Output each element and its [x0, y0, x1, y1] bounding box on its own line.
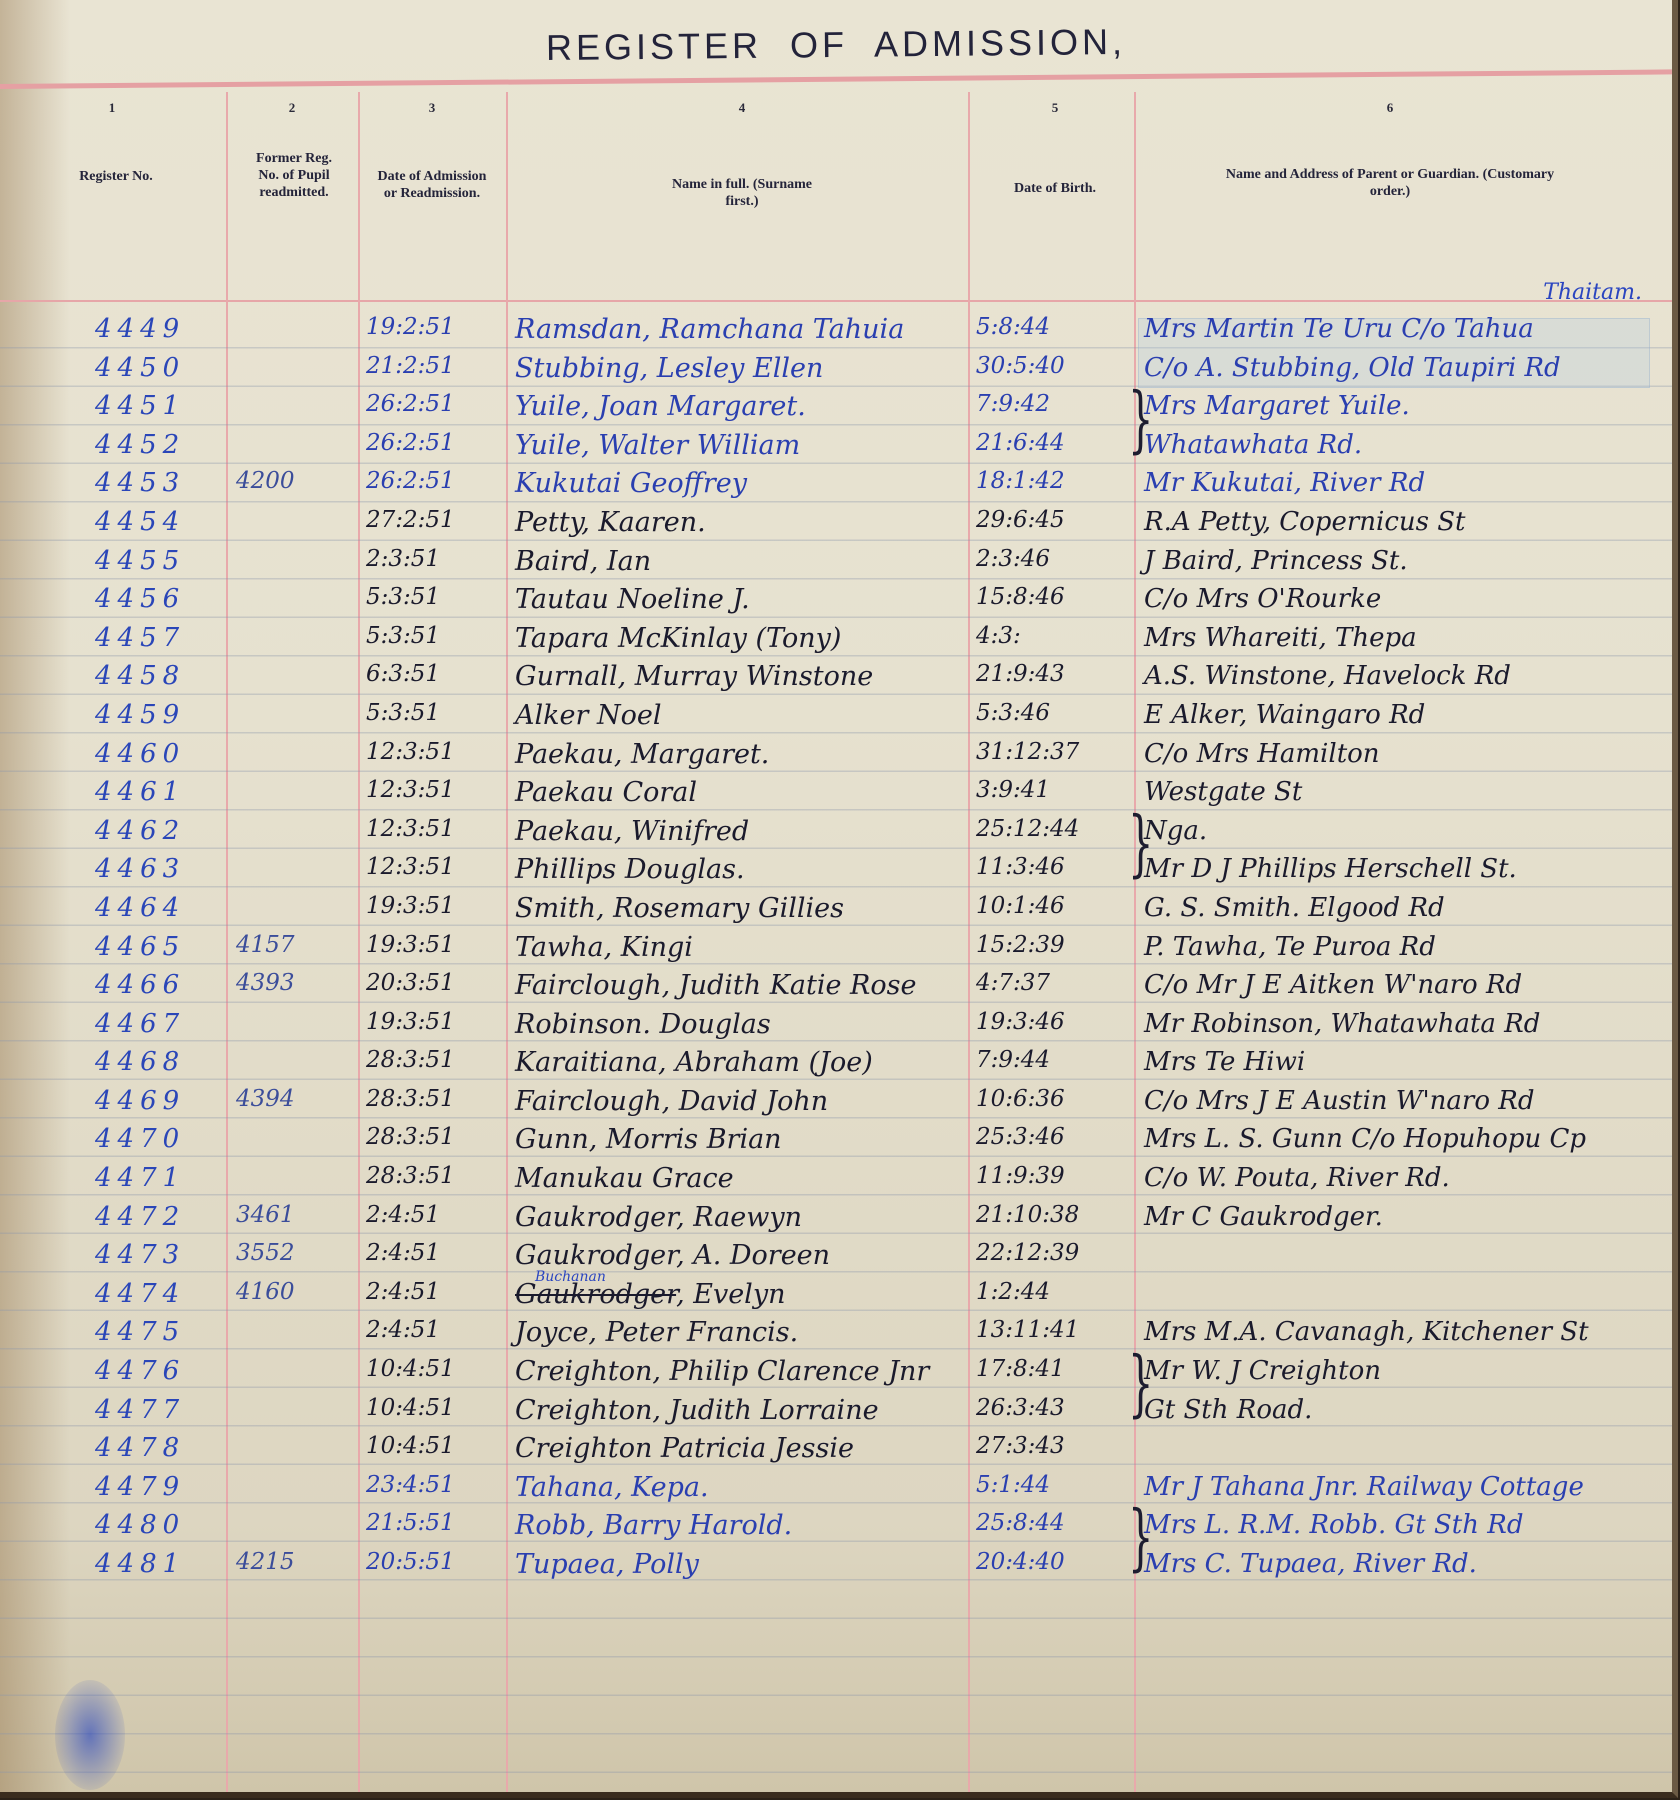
parent-guardian: Nga.: [1144, 816, 1664, 846]
admission-date: 12:3:51: [366, 816, 506, 842]
date-of-birth: 10:1:46: [976, 893, 1136, 919]
register-number: 4458: [95, 661, 230, 691]
admission-date: 20:3:51: [366, 970, 506, 996]
parent-guardian: Mrs L. S. Gunn C/o Hopuhopu Cp: [1144, 1124, 1664, 1154]
register-number: 4471: [95, 1163, 230, 1193]
date-of-birth: 30:5:40: [976, 353, 1136, 379]
admission-date: 21:5:51: [366, 1510, 506, 1536]
register-number: 4467: [95, 1009, 230, 1039]
former-register-number: 4200: [236, 468, 356, 494]
table-row: 4467 19:3:51 Robinson. Douglas 19:3:46 M…: [0, 1005, 1672, 1044]
former-register-number: 4160: [236, 1279, 356, 1305]
register-number: 4469: [95, 1086, 230, 1116]
table-row: 4449 19:2:51 Ramsdan, Ramchana Tahuia 5:…: [0, 310, 1672, 349]
parent-guardian: Whatawhata Rd.: [1144, 430, 1664, 460]
admission-date: 10:4:51: [366, 1433, 506, 1459]
register-number: 4473: [95, 1240, 230, 1270]
column-heading-register-no: Register No.: [71, 168, 161, 185]
admission-date: 28:3:51: [366, 1124, 506, 1150]
admission-date: 2:4:51: [366, 1279, 506, 1305]
table-row: 4471 28:3:51 Manukau Grace 11:9:39 C/o W…: [0, 1159, 1672, 1198]
bracket-mark: }: [1128, 384, 1153, 456]
parent-guardian: G. S. Smith. Elgood Rd: [1144, 893, 1664, 923]
admission-date: 5:3:51: [366, 623, 506, 649]
date-of-birth: 21:10:38: [976, 1202, 1136, 1228]
former-register-number: 3552: [236, 1240, 356, 1266]
bracket-mark: }: [1128, 1348, 1153, 1420]
pupil-name: Gaukrodger, EvelynBuchanan: [515, 1279, 975, 1310]
date-of-birth: 21:6:44: [976, 430, 1136, 456]
register-number: 4462: [95, 816, 230, 846]
date-of-birth: 7:9:42: [976, 391, 1136, 417]
parent-guardian: Mr J Tahana Jnr. Railway Cottage: [1144, 1472, 1664, 1502]
table-row: 4476 10:4:51 Creighton, Philip Clarence …: [0, 1352, 1672, 1391]
date-of-birth: 5:8:44: [976, 314, 1136, 340]
admission-date: 2:4:51: [366, 1240, 506, 1266]
corner-annotation: Thaitam.: [1543, 280, 1642, 305]
date-of-birth: 7:9:44: [976, 1047, 1136, 1073]
date-of-birth: 25:12:44: [976, 816, 1136, 842]
pupil-name: Gaukrodger, Raewyn: [515, 1202, 975, 1233]
column-number: 2: [277, 100, 307, 116]
admission-date: 2:3:51: [366, 546, 506, 572]
table-row: 4466 4393 20:3:51 Fairclough, Judith Kat…: [0, 966, 1672, 1005]
parent-guardian: Gt Sth Road.: [1144, 1395, 1664, 1425]
parent-guardian: Mr C Gaukrodger.: [1144, 1202, 1664, 1232]
table-row: 4468 28:3:51 Karaitiana, Abraham (Joe) 7…: [0, 1043, 1672, 1082]
pupil-name: Kukutai Geoffrey: [515, 468, 975, 499]
register-number: 4457: [95, 623, 230, 653]
date-of-birth: 25:8:44: [976, 1510, 1136, 1536]
column-heading-dob: Date of Birth.: [995, 180, 1115, 197]
former-register-number: 4394: [236, 1086, 356, 1112]
admission-date: 5:3:51: [366, 584, 506, 610]
admission-date: 26:2:51: [366, 430, 506, 456]
table-row: 4454 27:2:51 Petty, Kaaren. 29:6:45 R.A …: [0, 503, 1672, 542]
table-row: 4469 4394 28:3:51 Fairclough, David John…: [0, 1082, 1672, 1121]
date-of-birth: 11:9:39: [976, 1163, 1136, 1189]
admission-date: 20:5:51: [366, 1549, 506, 1575]
date-of-birth: 3:9:41: [976, 777, 1136, 803]
table-row: 4473 3552 2:4:51 Gaukrodger, A. Doreen 2…: [0, 1236, 1672, 1275]
register-number: 4480: [95, 1510, 230, 1540]
table-row: 4470 28:3:51 Gunn, Morris Brian 25:3:46 …: [0, 1120, 1672, 1159]
date-of-birth: 20:4:40: [976, 1549, 1136, 1575]
register-number: 4466: [95, 970, 230, 1000]
register-number: 4463: [95, 854, 230, 884]
register-number: 4479: [95, 1472, 230, 1502]
admission-date: 19:3:51: [366, 893, 506, 919]
parent-guardian: Westgate St: [1144, 777, 1664, 807]
parent-guardian: Mr D J Phillips Herschell St.: [1144, 854, 1664, 884]
table-row: 4475 2:4:51 Joyce, Peter Francis. 13:11:…: [0, 1313, 1672, 1352]
table-row: 4458 6:3:51 Gurnall, Murray Winstone 21:…: [0, 657, 1672, 696]
table-row: 4453 4200 26:2:51 Kukutai Geoffrey 18:1:…: [0, 464, 1672, 503]
parent-guardian: R.A Petty, Copernicus St: [1144, 507, 1664, 537]
former-register-number: 3461: [236, 1202, 356, 1228]
parent-guardian: Mrs Whareiti, Thepa: [1144, 623, 1664, 653]
admission-date: 27:2:51: [366, 507, 506, 533]
date-of-birth: 31:12:37: [976, 739, 1136, 765]
table-row: 4478 10:4:51 Creighton Patricia Jessie 2…: [0, 1429, 1672, 1468]
admission-date: 19:3:51: [366, 932, 506, 958]
date-of-birth: 25:3:46: [976, 1124, 1136, 1150]
header-rule: [0, 69, 1672, 89]
admission-date: 28:3:51: [366, 1163, 506, 1189]
parent-guardian: J Baird, Princess St.: [1144, 546, 1664, 576]
table-row: 4450 21:2:51 Stubbing, Lesley Ellen 30:5…: [0, 349, 1672, 388]
pupil-name: Petty, Kaaren.: [515, 507, 975, 538]
table-row: 4462 12:3:51 Paekau, Winifred 25:12:44 N…: [0, 812, 1672, 851]
pupil-name: Paekau, Margaret.: [515, 739, 975, 770]
date-of-birth: 21:9:43: [976, 661, 1136, 687]
register-number: 4475: [95, 1317, 230, 1347]
former-register-number: 4393: [236, 970, 356, 996]
parent-guardian: P. Tawha, Te Puroa Rd: [1144, 932, 1664, 962]
table-row: 4472 3461 2:4:51 Gaukrodger, Raewyn 21:1…: [0, 1198, 1672, 1237]
register-number: 4470: [95, 1124, 230, 1154]
register-number: 4478: [95, 1433, 230, 1463]
pupil-name: Smith, Rosemary Gillies: [515, 893, 975, 924]
register-number: 4450: [95, 353, 230, 383]
pupil-name: Paekau, Winifred: [515, 816, 975, 847]
admission-date: 10:4:51: [366, 1356, 506, 1382]
heading-rule: [0, 300, 1672, 302]
date-of-birth: 18:1:42: [976, 468, 1136, 494]
pupil-name: Baird, Ian: [515, 546, 975, 577]
table-row: 4461 12:3:51 Paekau Coral 3:9:41 Westgat…: [0, 773, 1672, 812]
table-row: 4456 5:3:51 Tautau Noeline J. 15:8:46 C/…: [0, 580, 1672, 619]
pupil-name: Yuile, Joan Margaret.: [515, 391, 975, 422]
date-of-birth: 13:11:41: [976, 1317, 1136, 1343]
date-of-birth: 29:6:45: [976, 507, 1136, 533]
date-of-birth: 4:3:: [976, 623, 1136, 649]
admission-date: 28:3:51: [366, 1086, 506, 1112]
date-of-birth: 5:1:44: [976, 1472, 1136, 1498]
table-row: 4452 26:2:51 Yuile, Walter William 21:6:…: [0, 426, 1672, 465]
date-of-birth: 2:3:46: [976, 546, 1136, 572]
register-number: 4465: [95, 932, 230, 962]
admission-date: 12:3:51: [366, 739, 506, 765]
parent-guardian: Mrs M.A. Cavanagh, Kitchener St: [1144, 1317, 1664, 1347]
column-number: 4: [727, 100, 757, 116]
date-of-birth: 22:12:39: [976, 1240, 1136, 1266]
register-number: 4468: [95, 1047, 230, 1077]
register-number: 4474: [95, 1279, 230, 1309]
pupil-name: Tupaea, Polly: [515, 1549, 975, 1580]
column-heading-admission-date: Date of Admission or Readmission.: [372, 168, 492, 202]
register-number: 4481: [95, 1549, 230, 1579]
admission-date: 10:4:51: [366, 1395, 506, 1421]
pupil-name: Fairclough, David John: [515, 1086, 975, 1117]
admission-date: 6:3:51: [366, 661, 506, 687]
table-row: 4463 12:3:51 Phillips Douglas. 11:3:46 M…: [0, 850, 1672, 889]
parent-guardian: A.S. Winstone, Havelock Rd: [1144, 661, 1664, 691]
table-row: 4459 5:3:51 Alker Noel 5:3:46 E Alker, W…: [0, 696, 1672, 735]
table-row: 4464 19:3:51 Smith, Rosemary Gillies 10:…: [0, 889, 1672, 928]
column-number: 6: [1375, 100, 1405, 116]
page-title: REGISTER OF ADMISSION,: [0, 15, 1672, 75]
column-number: 3: [417, 100, 447, 116]
table-row: 4455 2:3:51 Baird, Ian 2:3:46 J Baird, P…: [0, 542, 1672, 581]
admission-date: 2:4:51: [366, 1202, 506, 1228]
date-of-birth: 15:2:39: [976, 932, 1136, 958]
table-row: 4479 23:4:51 Tahana, Kepa. 5:1:44 Mr J T…: [0, 1468, 1672, 1507]
parent-guardian: C/o A. Stubbing, Old Taupiri Rd: [1144, 353, 1664, 383]
admission-date: 26:2:51: [366, 391, 506, 417]
pupil-name: Manukau Grace: [515, 1163, 975, 1194]
pupil-name: Joyce, Peter Francis.: [515, 1317, 975, 1348]
pupil-name: Yuile, Walter William: [515, 430, 975, 461]
table-row: 4477 10:4:51 Creighton, Judith Lorraine …: [0, 1391, 1672, 1430]
pupil-name: Paekau Coral: [515, 777, 975, 808]
date-of-birth: 17:8:41: [976, 1356, 1136, 1382]
pupil-name: Tautau Noeline J.: [515, 584, 975, 615]
table-row: 4474 4160 2:4:51 Gaukrodger, EvelynBucha…: [0, 1275, 1672, 1314]
parent-guardian: C/o Mr J E Aitken W'naro Rd: [1144, 970, 1664, 1000]
pupil-name: Gaukrodger, A. Doreen: [515, 1240, 975, 1271]
date-of-birth: 5:3:46: [976, 700, 1136, 726]
bracket-mark: }: [1128, 1502, 1153, 1574]
admission-date: 5:3:51: [366, 700, 506, 726]
register-number: 4451: [95, 391, 230, 421]
register-number: 4453: [95, 468, 230, 498]
column-heading-parent: Name and Address of Parent or Guardian. …: [1210, 166, 1570, 200]
admission-date: 26:2:51: [366, 468, 506, 494]
table-row: 4457 5:3:51 Tapara McKinlay (Tony) 4:3: …: [0, 619, 1672, 658]
parent-guardian: Mrs L. R.M. Robb. Gt Sth Rd: [1144, 1510, 1664, 1540]
admission-date: 19:3:51: [366, 1009, 506, 1035]
parent-guardian: Mr W. J Creighton: [1144, 1356, 1664, 1386]
table-row: 4480 21:5:51 Robb, Barry Harold. 25:8:44…: [0, 1506, 1672, 1545]
date-of-birth: 15:8:46: [976, 584, 1136, 610]
date-of-birth: 19:3:46: [976, 1009, 1136, 1035]
parent-guardian: C/o Mrs O'Rourke: [1144, 584, 1664, 614]
pupil-name: Fairclough, Judith Katie Rose: [515, 970, 975, 1001]
bracket-mark: }: [1128, 808, 1153, 880]
admission-date: 12:3:51: [366, 777, 506, 803]
pupil-name: Creighton, Philip Clarence Jnr: [515, 1356, 975, 1387]
parent-guardian: Mrs Martin Te Uru C/o Tahua: [1144, 314, 1664, 344]
parent-guardian: Mr Robinson, Whatawhata Rd: [1144, 1009, 1664, 1039]
date-of-birth: 27:3:43: [976, 1433, 1136, 1459]
former-register-number: 4215: [236, 1549, 356, 1575]
parent-guardian: Mrs C. Tupaea, River Rd.: [1144, 1549, 1664, 1579]
parent-guardian: C/o Mrs Hamilton: [1144, 739, 1664, 769]
register-number: 4472: [95, 1202, 230, 1232]
register-entries: 4449 19:2:51 Ramsdan, Ramchana Tahuia 5:…: [0, 310, 1672, 1584]
register-page: REGISTER OF ADMISSION, 1 2 3 4 5 6 Regis…: [0, 0, 1678, 1798]
surname-correction: Buchanan: [535, 1269, 606, 1285]
date-of-birth: 11:3:46: [976, 854, 1136, 880]
register-number: 4476: [95, 1356, 230, 1386]
column-number: 1: [97, 100, 127, 116]
column-number: 5: [1040, 100, 1070, 116]
column-heading-former-reg: Former Reg. No. of Pupil readmitted.: [244, 150, 344, 201]
parent-guardian: Mr Kukutai, River Rd: [1144, 468, 1664, 498]
register-number: 4460: [95, 739, 230, 769]
register-number: 4454: [95, 507, 230, 537]
pupil-name: Tahana, Kepa.: [515, 1472, 975, 1503]
date-of-birth: 1:2:44: [976, 1279, 1136, 1305]
parent-guardian: E Alker, Waingaro Rd: [1144, 700, 1664, 730]
pupil-name: Tapara McKinlay (Tony): [515, 623, 975, 654]
parent-guardian: C/o Mrs J E Austin W'naro Rd: [1144, 1086, 1664, 1116]
pupil-name: Stubbing, Lesley Ellen: [515, 353, 975, 384]
register-number: 4464: [95, 893, 230, 923]
parent-guardian: C/o W. Pouta, River Rd.: [1144, 1163, 1664, 1193]
pupil-name: Robb, Barry Harold.: [515, 1510, 975, 1541]
pupil-name: Ramsdan, Ramchana Tahuia: [515, 314, 975, 345]
date-of-birth: 10:6:36: [976, 1086, 1136, 1112]
column-heading-name: Name in full. (Surname first.): [667, 176, 817, 210]
parent-guardian: Mrs Margaret Yuile.: [1144, 391, 1664, 421]
admission-date: 12:3:51: [366, 854, 506, 880]
table-row: 4451 26:2:51 Yuile, Joan Margaret. 7:9:4…: [0, 387, 1672, 426]
pupil-name: Gurnall, Murray Winstone: [515, 661, 975, 692]
pupil-name: Gunn, Morris Brian: [515, 1124, 975, 1155]
ink-stain: [55, 1680, 125, 1790]
pupil-name: Phillips Douglas.: [515, 854, 975, 885]
pupil-name: Alker Noel: [515, 700, 975, 731]
admission-date: 2:4:51: [366, 1317, 506, 1343]
pupil-name: Tawha, Kingi: [515, 932, 975, 963]
table-row: 4465 4157 19:3:51 Tawha, Kingi 15:2:39 P…: [0, 928, 1672, 967]
parent-guardian: Mrs Te Hiwi: [1144, 1047, 1664, 1077]
date-of-birth: 26:3:43: [976, 1395, 1136, 1421]
table-row: 4481 4215 20:5:51 Tupaea, Polly 20:4:40 …: [0, 1545, 1672, 1584]
admission-date: 28:3:51: [366, 1047, 506, 1073]
pupil-name: Robinson. Douglas: [515, 1009, 975, 1040]
register-number: 4459: [95, 700, 230, 730]
table-row: 4460 12:3:51 Paekau, Margaret. 31:12:37 …: [0, 735, 1672, 774]
admission-date: 21:2:51: [366, 353, 506, 379]
admission-date: 23:4:51: [366, 1472, 506, 1498]
former-register-number: 4157: [236, 932, 356, 958]
admission-date: 19:2:51: [366, 314, 506, 340]
register-number: 4455: [95, 546, 230, 576]
register-number: 4456: [95, 584, 230, 614]
pupil-name: Karaitiana, Abraham (Joe): [515, 1047, 975, 1078]
pupil-name: Creighton Patricia Jessie: [515, 1433, 975, 1464]
register-number: 4477: [95, 1395, 230, 1425]
pupil-name: Creighton, Judith Lorraine: [515, 1395, 975, 1426]
register-number: 4449: [95, 314, 230, 344]
register-number: 4461: [95, 777, 230, 807]
date-of-birth: 4:7:37: [976, 970, 1136, 996]
register-number: 4452: [95, 430, 230, 460]
